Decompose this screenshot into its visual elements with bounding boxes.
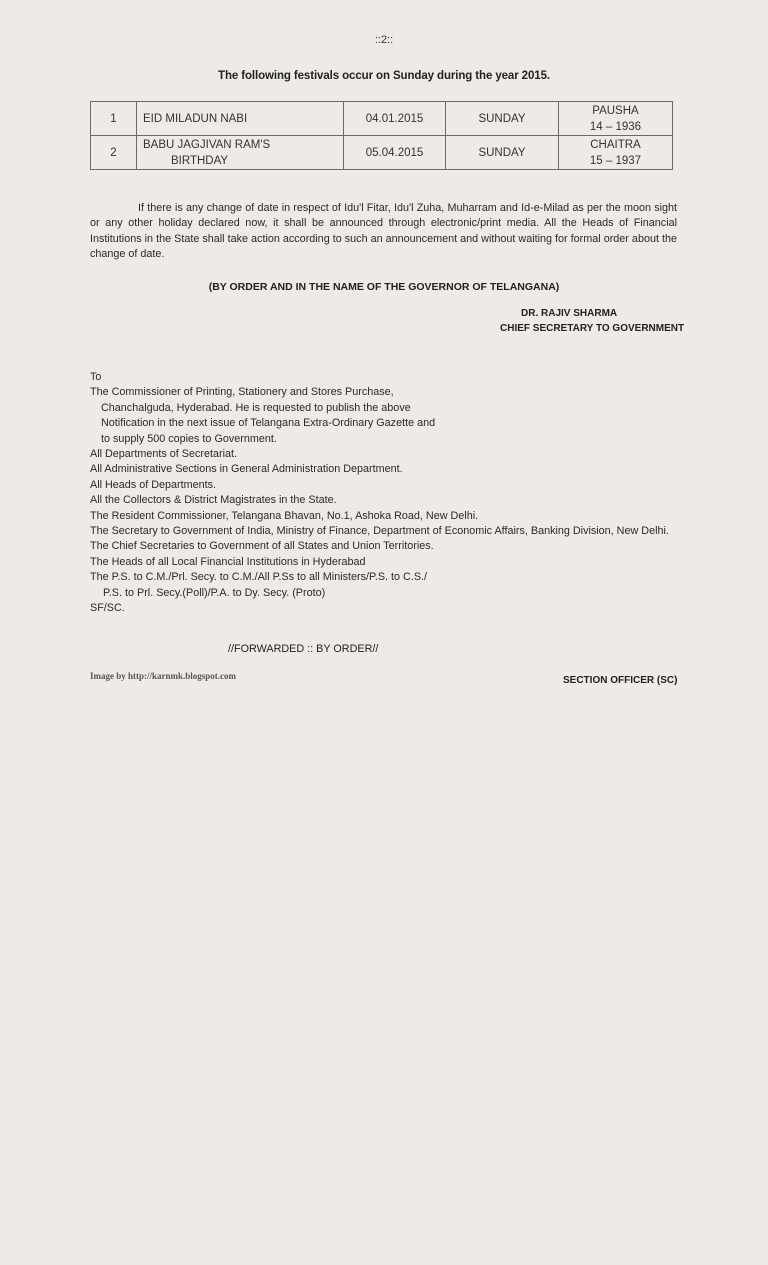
list-item: The P.S. to C.M./Prl. Secy. to C.M./All …	[90, 570, 690, 585]
date-change-paragraph: If there is any change of date in respec…	[90, 201, 677, 262]
day-cell: SUNDAY	[446, 102, 559, 136]
signatory-title: CHIEF SECRETARY TO GOVERNMENT	[500, 323, 684, 334]
list-item: All Heads of Departments.	[90, 478, 690, 493]
festival-name: BABU JAGJIVAN RAM'S	[143, 137, 343, 153]
saka-date-cell: CHAITRA 15 – 1937	[559, 136, 673, 170]
list-item: All Departments of Secretariat.	[90, 447, 690, 462]
table-row: 1 EID MILADUN NABI 04.01.2015 SUNDAY PAU…	[91, 102, 673, 136]
section-officer-label: SECTION OFFICER (SC)	[563, 675, 677, 686]
saka-month: CHAITRA	[559, 137, 672, 153]
to-label: To	[90, 370, 690, 385]
image-credit: Image by http://karnmk.blogspot.com	[90, 671, 236, 681]
serial-number-cell: 1	[91, 102, 137, 136]
list-item: The Resident Commissioner, Telangana Bha…	[90, 509, 690, 524]
day-cell: SUNDAY	[446, 136, 559, 170]
list-item: The Chief Secretaries to Government of a…	[90, 539, 690, 554]
page-number: ::2::	[0, 34, 768, 46]
date-cell: 05.04.2015	[344, 136, 446, 170]
list-item-continued: Notification in the next issue of Telang…	[90, 416, 690, 431]
festival-name-continued: BIRTHDAY	[143, 153, 343, 169]
table-row: 2 BABU JAGJIVAN RAM'S BIRTHDAY 05.04.201…	[91, 136, 673, 170]
list-item: The Commissioner of Printing, Stationery…	[90, 385, 690, 400]
list-item-continued: P.S. to Prl. Secy.(Poll)/P.A. to Dy. Sec…	[90, 586, 690, 601]
serial-number-cell: 2	[91, 136, 137, 170]
list-item: The Secretary to Government of India, Mi…	[90, 524, 677, 539]
festival-name: EID MILADUN NABI	[143, 113, 247, 125]
saka-date: 14 – 1936	[559, 119, 672, 135]
forwarded-by-order: //FORWARDED :: BY ORDER//	[228, 643, 378, 655]
page-heading: The following festivals occur on Sunday …	[0, 70, 768, 82]
list-item: All Administrative Sections in General A…	[90, 462, 690, 477]
festivals-table: 1 EID MILADUN NABI 04.01.2015 SUNDAY PAU…	[90, 101, 673, 170]
list-item-continued: to supply 500 copies to Government.	[90, 432, 690, 447]
date-cell: 04.01.2015	[344, 102, 446, 136]
saka-month: PAUSHA	[559, 103, 672, 119]
list-item: All the Collectors & District Magistrate…	[90, 493, 690, 508]
list-item: SF/SC.	[90, 601, 690, 616]
list-item: The Heads of all Local Financial Institu…	[90, 555, 690, 570]
governor-order-line: (BY ORDER AND IN THE NAME OF THE GOVERNO…	[0, 281, 768, 293]
saka-date-cell: PAUSHA 14 – 1936	[559, 102, 673, 136]
signatory-name: DR. RAJIV SHARMA	[521, 308, 617, 319]
festival-name-cell: BABU JAGJIVAN RAM'S BIRTHDAY	[137, 136, 344, 170]
festival-name-cell: EID MILADUN NABI	[137, 102, 344, 136]
distribution-list: To The Commissioner of Printing, Station…	[90, 370, 690, 617]
list-item-continued: Chanchalguda, Hyderabad. He is requested…	[90, 401, 690, 416]
saka-date: 15 – 1937	[559, 153, 672, 169]
